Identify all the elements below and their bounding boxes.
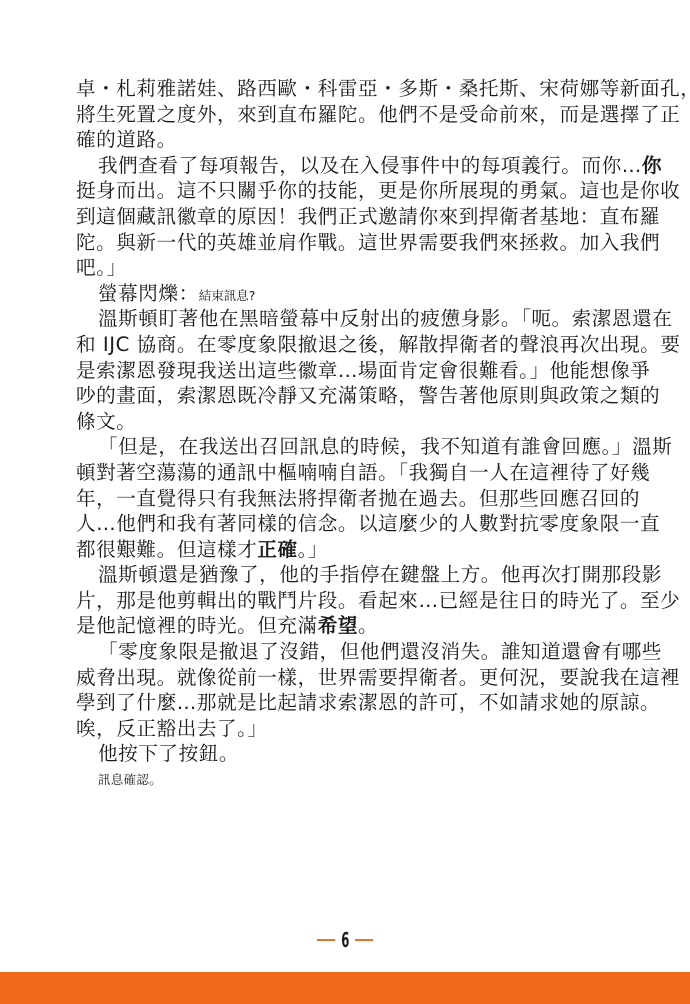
text-line: 年，一直覺得只有我無法將捍衛者拋在過去。但那些回應召回的	[76, 486, 616, 512]
page-number: 6	[0, 927, 690, 953]
text-line: 卓・札莉雅諾娃、路西歐・科雷亞・多斯・桑托斯、宋荷娜等新面孔，都	[76, 76, 616, 102]
text-line: 到這個藏訊徽章的原因！我們正式邀請你來到捍衛者基地：直布羅	[76, 204, 616, 230]
text-line: 學到了什麼…那就是比起請求索潔恩的許可，不如請求她的原諒。	[76, 690, 616, 716]
text-line: 是他記憶裡的時光。但充滿希望。	[76, 613, 616, 639]
bottom-orange-band	[0, 972, 690, 1004]
text-line: 片，那是他剪輯出的戰鬥片段。看起來…已經是往日的時光了。至少	[76, 588, 616, 614]
text-line: 是索潔恩發現我送出這些徽章…場面肯定會很難看。」他能想像爭	[76, 358, 616, 384]
text-line: 將生死置之度外，來到直布羅陀。他們不是受命前來，而是選擇了正	[76, 102, 616, 128]
text-line: 我們查看了每項報告，以及在入侵事件中的每項義行。而你…你	[76, 153, 616, 179]
text-line: 吵的畫面，索潔恩既冷靜又充滿策略，警告著他原則與政策之類的	[76, 383, 616, 409]
text-line: 「但是，在我送出召回訊息的時候，我不知道有誰會回應。」溫斯	[76, 434, 616, 460]
text-line: 人…他們和我有著同樣的信念。以這麼少的人數對抗零度象限一直	[76, 511, 616, 537]
bold-emphasis: 希望	[318, 614, 358, 637]
text-line: 確的道路。	[76, 127, 616, 153]
folio-dash-right	[355, 939, 373, 941]
text-line: 頓對著空蕩蕩的通訊中樞喃喃自語。「我獨自一人在這裡待了好幾	[76, 460, 616, 486]
text-line: 「零度象限是撤退了沒錯，但他們還沒消失。誰知道還會有哪些	[76, 639, 616, 665]
page-number-text: 6	[341, 928, 349, 952]
message-confirmed-line: 訊息確認。	[76, 767, 616, 793]
text-line: 吧。」	[76, 255, 616, 281]
text-line: 溫斯頓盯著他在黑暗螢幕中反射出的疲憊身影。「呃。索潔恩還在	[76, 306, 616, 332]
text-line: 他按下了按鈕。	[76, 741, 616, 767]
text-line: 條文。	[76, 409, 616, 435]
bold-emphasis: 你	[642, 154, 662, 177]
text-line: 溫斯頓還是猶豫了，他的手指停在鍵盤上方。他再次打開那段影	[76, 562, 616, 588]
text-line: 都很艱難。但這樣才正確。」	[76, 537, 616, 563]
page-body: 卓・札莉雅諾娃、路西歐・科雷亞・多斯・桑托斯、宋荷娜等新面孔，都 將生死置之度外…	[76, 76, 616, 793]
text-line: 螢幕閃爍：結束訊息?	[76, 281, 616, 307]
text-line: 威脅出現。就像從前一樣，世界需要捍衛者。更何況，要說我在這裡	[76, 665, 616, 691]
text-line: 唉，反正豁出去了。」	[76, 716, 616, 742]
screen-prompt: 結束訊息?	[199, 288, 256, 303]
text-line: 陀。與新一代的英雄並肩作戰。這世界需要我們來拯救。加入我們	[76, 230, 616, 256]
folio-dash-left	[317, 939, 335, 941]
bold-emphasis: 正確	[257, 538, 297, 561]
text-line: 和 IJC 協商。在零度象限撤退之後，解散捍衛者的聲浪再次出現。要	[76, 332, 616, 358]
text-line: 挺身而出。這不只關乎你的技能，更是你所展現的勇氣。這也是你收	[76, 178, 616, 204]
